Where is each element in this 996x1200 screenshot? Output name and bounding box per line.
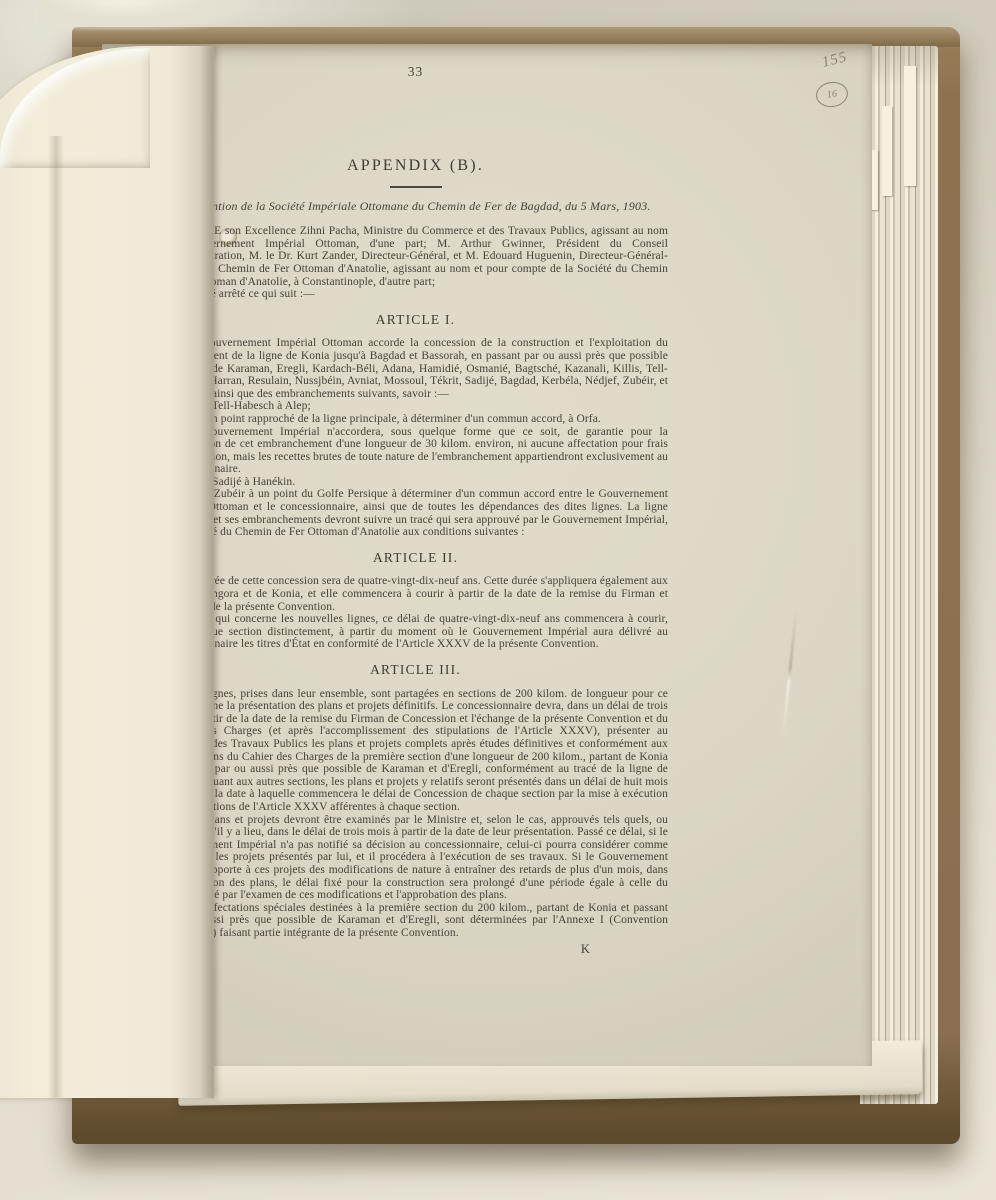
- paragraph: Les affectations spéciales destinées à l…: [163, 902, 668, 940]
- page-number: 33: [163, 64, 668, 80]
- paper-crease: [781, 610, 798, 740]
- pencil-circled-mark-text: 16: [826, 88, 837, 100]
- branch-line-item: 3. De Sadijé à Hanékin.: [163, 476, 668, 489]
- facing-page: [0, 46, 214, 1098]
- heading-rule: [390, 186, 442, 188]
- branch-line-item: 1. De Tell-Habesch à Alep;: [163, 400, 668, 413]
- scanned-book-photograph: 33 155 16 APPENDIX (B). Convention de la…: [0, 0, 996, 1200]
- page-footer: [581] K: [163, 943, 668, 956]
- paragraph: Le Gouvernement Impérial n'accordera, so…: [163, 426, 668, 476]
- preamble-closing-line: Il a été arrêté ce qui suit :—: [163, 288, 668, 301]
- article-1-heading: ARTICLE I.: [163, 314, 668, 327]
- paragraph: En ce qui concerne les nouvelles lignes,…: [163, 613, 668, 651]
- branch-line-item: 2. D'un point rapproché de la ligne prin…: [163, 413, 668, 426]
- paragraph: La durée de cette concession sera de qua…: [163, 575, 668, 613]
- branch-line-item: 4. De Zubéir à un point du Golfe Persiqu…: [163, 488, 668, 538]
- appendix-heading: APPENDIX (B).: [163, 160, 668, 173]
- page-edge-tab: [904, 66, 916, 186]
- page-edge-tab: [882, 106, 892, 196]
- preamble-paragraph: ENTRE son Excellence Zihni Pacha, Minist…: [163, 225, 668, 288]
- signature-mark-right: K: [581, 943, 590, 956]
- paragraph: Le Gouvernement Impérial Ottoman accorde…: [163, 337, 668, 400]
- convention-subtitle: Convention de la Société Impériale Ottom…: [163, 200, 668, 213]
- article-2-heading: ARTICLE II.: [163, 552, 668, 565]
- article-3-heading: ARTICLE III.: [163, 664, 668, 677]
- curled-sheet-highlight: [40, 0, 250, 30]
- paragraph: Ces plans et projets devront être examin…: [163, 814, 668, 902]
- paragraph: Ces lignes, prises dans leur ensemble, s…: [163, 688, 668, 814]
- printed-text-column: APPENDIX (B). Convention de la Société I…: [163, 160, 668, 956]
